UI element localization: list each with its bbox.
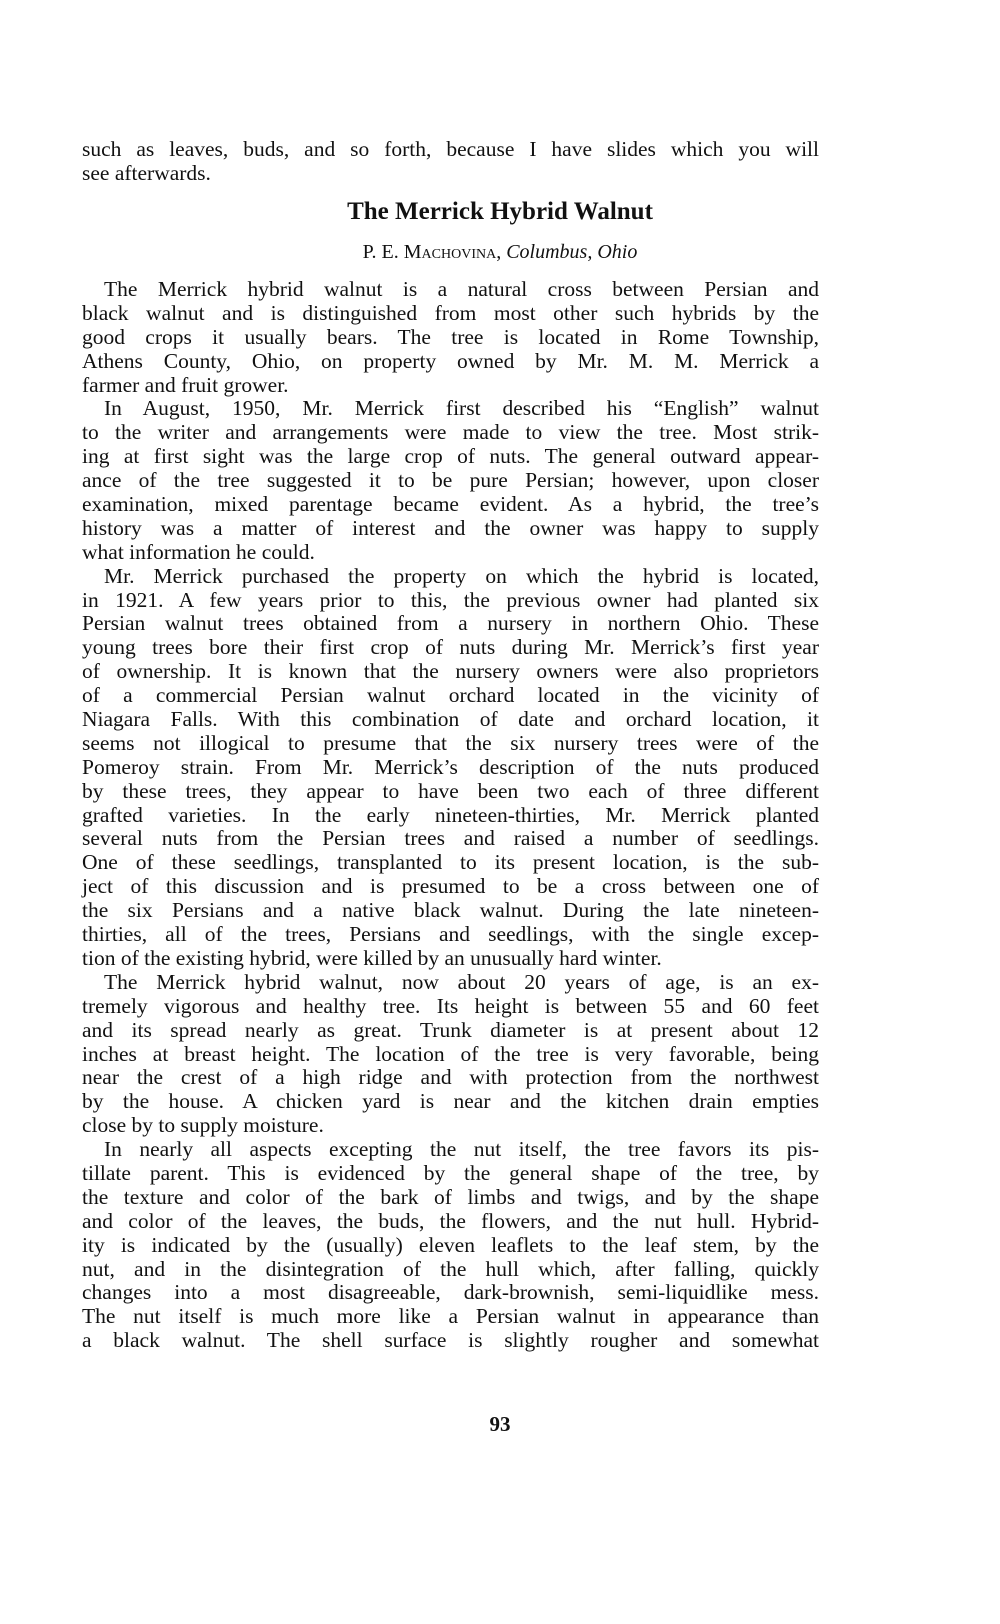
text-line: The nut itself is much more like a Persi… (82, 1305, 819, 1329)
text-line: several nuts from the Persian trees and … (82, 827, 819, 851)
text-line: In August, 1950, Mr. Merrick first descr… (82, 397, 819, 421)
text-line: near the crest of a high ridge and with … (82, 1066, 819, 1090)
text-line: Pomeroy strain. From Mr. Merrick’s descr… (82, 756, 819, 780)
text-line: black walnut and is distinguished from m… (82, 302, 819, 326)
text-line: ance of the tree suggested it to be pure… (82, 469, 819, 493)
text-line: close by to supply moisture. (82, 1114, 819, 1138)
text-line: The Merrick hybrid walnut, now about 20 … (82, 971, 819, 995)
text-line: One of these seedlings, transplanted to … (82, 851, 819, 875)
text-line: nut, and in the disintegration of the hu… (82, 1258, 819, 1282)
text-line: Mr. Merrick purchased the property on wh… (82, 565, 819, 589)
text-line: tion of the existing hybrid, were killed… (82, 947, 819, 971)
text-line: of ownership. It is known that the nurse… (82, 660, 819, 684)
text-line: the six Persians and a native black waln… (82, 899, 819, 923)
text-line: ject of this discussion and is presumed … (82, 875, 819, 899)
text-line: tremely vigorous and healthy tree. Its h… (82, 995, 819, 1019)
text-line: Athens County, Ohio, on property owned b… (82, 350, 819, 374)
intro-text: such as leaves, buds, and so forth, beca… (82, 138, 819, 186)
text-line: In nearly all aspects excepting the nut … (82, 1138, 819, 1162)
article-body: The Merrick hybrid walnut is a natural c… (82, 278, 819, 1353)
text-line: in 1921. A few years prior to this, the … (82, 589, 819, 613)
text-line: seems not illogical to presume that the … (82, 732, 819, 756)
text-line: such as leaves, buds, and so forth, beca… (82, 138, 819, 162)
text-line: Niagara Falls. With this combination of … (82, 708, 819, 732)
text-line: The Merrick hybrid walnut is a natural c… (82, 278, 819, 302)
text-line: of a commercial Persian walnut orchard l… (82, 684, 819, 708)
paragraph: The Merrick hybrid walnut, now about 20 … (82, 971, 819, 1138)
text-line: the texture and color of the bark of lim… (82, 1186, 819, 1210)
text-line: tillate parent. This is evidenced by the… (82, 1162, 819, 1186)
text-line: grafted varieties. In the early nineteen… (82, 804, 819, 828)
text-line: thirties, all of the trees, Persians and… (82, 923, 819, 947)
text-line: good crops it usually bears. The tree is… (82, 326, 819, 350)
paragraph: In nearly all aspects excepting the nut … (82, 1138, 819, 1353)
author-name: P. E. Machovina, (363, 241, 502, 263)
text-line: to the writer and arrangements were made… (82, 421, 819, 445)
text-line: ing at first sight was the large crop of… (82, 445, 819, 469)
paragraph: Mr. Merrick purchased the property on wh… (82, 565, 819, 971)
text-line: young trees bore their first crop of nut… (82, 636, 819, 660)
page-number: 93 (0, 1412, 1000, 1437)
paragraph: The Merrick hybrid walnut is a natural c… (82, 278, 819, 397)
text-line: farmer and fruit grower. (82, 374, 819, 398)
text-line: and color of the leaves, the buds, the f… (82, 1210, 819, 1234)
text-line: by these trees, they appear to have been… (82, 780, 819, 804)
text-line: Persian walnut trees obtained from a nur… (82, 612, 819, 636)
text-line: by the house. A chicken yard is near and… (82, 1090, 819, 1114)
text-line: ity is indicated by the (usually) eleven… (82, 1234, 819, 1258)
text-line: examination, mixed parentage became evid… (82, 493, 819, 517)
text-line: changes into a most disagreeable, dark-b… (82, 1281, 819, 1305)
author-location: Columbus, Ohio (506, 241, 637, 263)
text-line: inches at breast height. The location of… (82, 1043, 819, 1067)
article-title: The Merrick Hybrid Walnut (0, 198, 1000, 226)
text-line: a black walnut. The shell surface is sli… (82, 1329, 819, 1353)
paragraph: In August, 1950, Mr. Merrick first descr… (82, 397, 819, 564)
text-line: history was a matter of interest and the… (82, 517, 819, 541)
byline: P. E. Machovina, Columbus, Ohio (0, 241, 1000, 264)
text-line: see afterwards. (82, 162, 819, 186)
text-line: and its spread nearly as great. Trunk di… (82, 1019, 819, 1043)
text-line: what information he could. (82, 541, 819, 565)
